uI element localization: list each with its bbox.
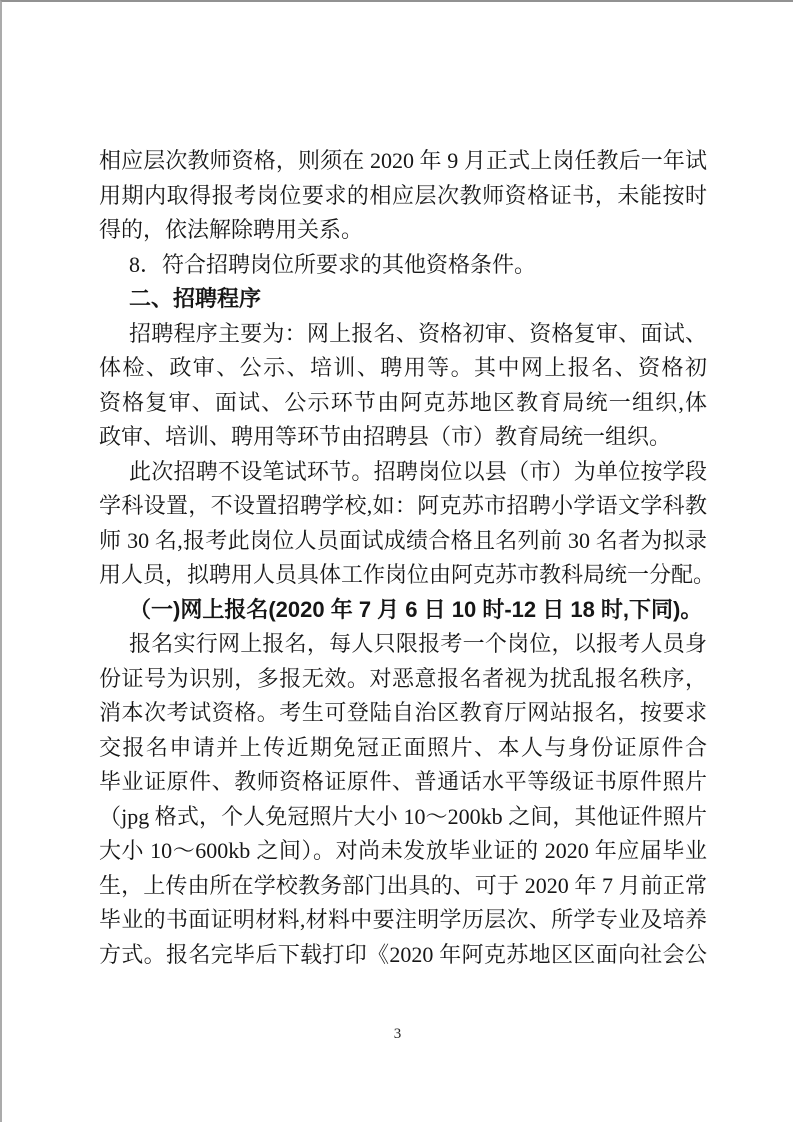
document-page: 相应层次教师资格，则须在 2020 年 9 月正式上岗任教后一年试用期内取得报考… xyxy=(0,0,793,1122)
document-line: 生，上传由所在学校教务部门出具的、可于 2020 年 7 月前正常 xyxy=(99,869,707,904)
document-line: 消本次考试资格。考生可登陆自治区教育厅网站报名，按要求提 xyxy=(99,696,707,731)
document-line: 毕业证原件、教师资格证原件、普通话水平等级证书原件照片 xyxy=(99,765,707,800)
document-line: 此次招聘不设笔试环节。招聘岗位以县（市）为单位按学段 xyxy=(99,455,707,490)
document-line: 体检、政审、公示、培训、聘用等。其中网上报名、资格初审、 xyxy=(99,351,707,386)
document-line: 学科设置，不设置招聘学校,如：阿克苏市招聘小学语文学科教 xyxy=(99,489,707,524)
page-number: 3 xyxy=(2,1024,793,1044)
document-line: 招聘程序主要为：网上报名、资格初审、资格复审、面试、 xyxy=(99,317,707,352)
document-heading-line: （一)网上报名(2020 年 7 月 6 日 10 时-12 日 18 时,下同… xyxy=(99,593,707,628)
document-line: 大小 10～600kb 之间）。对尚未发放毕业证的 2020 年应届毕业 xyxy=(99,834,707,869)
document-line: 报名实行网上报名，每人只限报考一个岗位，以报考人员身 xyxy=(99,627,707,662)
document-body: 相应层次教师资格，则须在 2020 年 9 月正式上岗任教后一年试用期内取得报考… xyxy=(99,144,707,972)
document-line: 相应层次教师资格，则须在 2020 年 9 月正式上岗任教后一年试 xyxy=(99,144,707,179)
document-line: 毕业的书面证明材料,材料中要注明学历层次、所学专业及培养 xyxy=(99,903,707,938)
document-line: 用人员，拟聘用人员具体工作岗位由阿克苏市教科局统一分配。 xyxy=(99,558,707,593)
document-heading-line: 二、招聘程序 xyxy=(99,282,707,317)
document-line: 交报名申请并上传近期免冠正面照片、本人与身份证原件合影、 xyxy=(99,731,707,766)
document-line: 8．符合招聘岗位所要求的其他资格条件。 xyxy=(99,248,707,283)
document-line: 资格复审、面试、公示环节由阿克苏地区教育局统一组织,体检、 xyxy=(99,386,707,421)
document-line: 政审、培训、聘用等环节由招聘县（市）教育局统一组织。 xyxy=(99,420,707,455)
document-line: 方式。报名完毕后下载打印《2020 年阿克苏地区区面向社会公 xyxy=(99,938,707,973)
document-line: 师 30 名,报考此岗位人员面试成绩合格且名列前 30 名者为拟录 xyxy=(99,524,707,559)
document-line: （jpg 格式，个人免冠照片大小 10～200kb 之间，其他证件照片 xyxy=(99,800,707,835)
document-line: 用期内取得报考岗位要求的相应层次教师资格证书，未能按时取 xyxy=(99,179,707,214)
document-line: 得的，依法解除聘用关系。 xyxy=(99,213,707,248)
document-line: 份证号为识别，多报无效。对恶意报名者视为扰乱报名秩序，取 xyxy=(99,662,707,697)
